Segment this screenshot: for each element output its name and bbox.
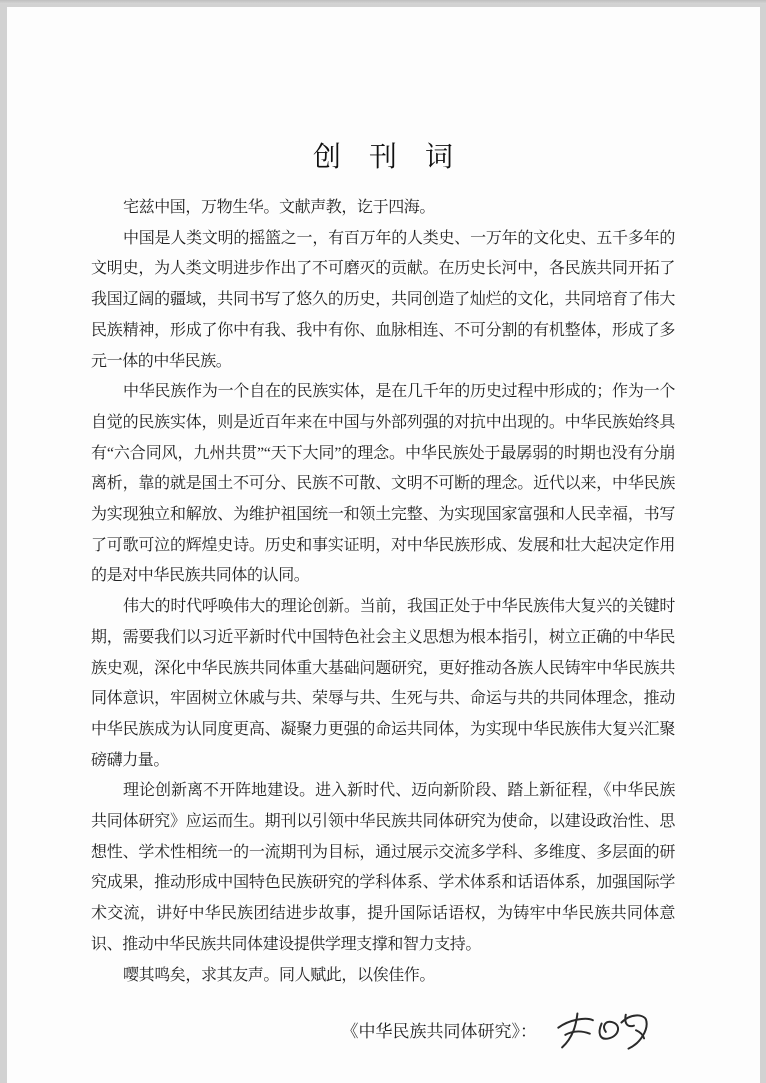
signature-row: 《中华民族共同体研究》：: [91, 1007, 675, 1057]
paragraph-nation-entity: 中华民族作为一个自在的民族实体，是在几千年的历史过程中形成的；作为一个自觉的民族…: [91, 377, 675, 592]
page-title: 创 刊 词: [91, 137, 675, 177]
document-page: 创 刊 词 宅兹中国，万物生华。文献声教，讫于四海。 中国是人类文明的摇篮之一，…: [7, 7, 760, 1083]
paragraph-theory-innovation: 伟大的时代呼唤伟大的理论创新。当前，我国正处于中华民族伟大复兴的关键时期，需要我…: [91, 592, 675, 776]
scan-top-edge: [0, 0, 766, 4]
paragraph-opening: 宅兹中国，万物生华。文献声教，讫于四海。: [91, 193, 675, 224]
paragraph-closing: 嘤其鸣矣，求其友声。同人赋此，以俟佳作。: [91, 961, 675, 992]
article-body: 宅兹中国，万物生华。文献声教，讫于四海。 中国是人类文明的摇篮之一，有百万年的人…: [91, 193, 675, 991]
paragraph-journal-mission: 理论创新离不开阵地建设。进入新时代、迈向新阶段、踏上新征程，《中华民族共同体研究…: [91, 776, 675, 960]
handwritten-signature: [550, 1005, 656, 1060]
journal-name-label: 《中华民族共同体研究》：: [342, 1017, 538, 1047]
paragraph-history: 中国是人类文明的摇篮之一，有百万年的人类史、一万年的文化史、五千多年的文明史，为…: [91, 224, 675, 378]
